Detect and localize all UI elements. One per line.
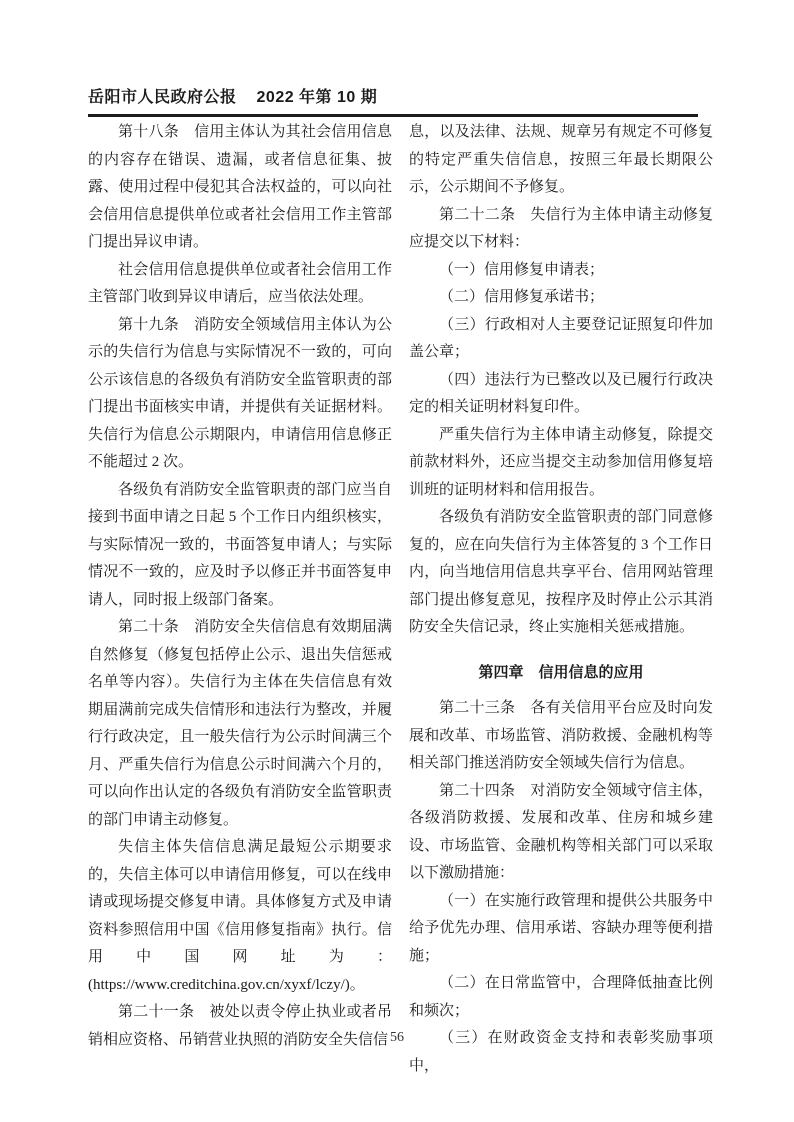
incentive-item-1: （一）在实施行政管理和提供公共服务中给予优先办理、信用承诺、容缺办理等便利措施； xyxy=(409,888,713,971)
right-column: 息，以及法律、法规、规章另有规定不可修复的特定严重失信信息，按照三年最长期限公示… xyxy=(409,119,713,1080)
dissent-handling-paragraph: 社会信用信息提供单位或者社会信用工作主管部门收到异议申请后，应当依法处理。 xyxy=(88,257,392,312)
article-22-paragraph: 第二十二条 失信行为主体申请主动修复应提交以下材料： xyxy=(409,202,713,257)
verification-procedure-paragraph: 各级负有消防安全监管职责的部门应当自接到书面申请之日起 5 个工作日内组织核实，… xyxy=(88,477,392,615)
gazette-title: 岳阳市人民政府公报 xyxy=(88,89,237,106)
article-18-paragraph: 第十八条 信用主体认为其社会信用信息的内容存在错误、遗漏，或者信息征集、披露、使… xyxy=(88,119,392,257)
page-header: 岳阳市人民政府公报2022 年第 10 期 xyxy=(88,84,698,117)
material-item-4: （四）违法行为已整改以及已履行行政决定的相关证明材料复印件。 xyxy=(409,367,713,422)
article-21-paragraph-continuation: 息，以及法律、法规、规章另有规定不可修复的特定严重失信信息，按照三年最长期限公示… xyxy=(409,119,713,202)
material-item-3: （三）行政相对人主要登记证照复印件加盖公章； xyxy=(409,312,713,367)
repair-approval-paragraph: 各级负有消防安全监管职责的部门同意修复的，应在向失信行为主体答复的 3 个工作日… xyxy=(409,504,713,642)
article-23-paragraph: 第二十三条 各有关信用平台应及时向发展和改革、市场监管、消防救援、金融机构等相关… xyxy=(409,695,713,778)
gazette-issue: 2022 年第 10 期 xyxy=(257,89,378,106)
article-19-paragraph: 第十九条 消防安全领域信用主体认为公示的失信行为信息与实际情况不一致的，可向公示… xyxy=(88,312,392,477)
gazette-page: 岳阳市人民政府公报2022 年第 10 期 第十八条 信用主体认为其社会信用信息… xyxy=(0,0,794,1122)
page-number: 56 xyxy=(0,1030,794,1046)
material-item-1: （一）信用修复申请表； xyxy=(409,257,713,285)
left-column: 第十八条 信用主体认为其社会信用信息的内容存在错误、遗漏，或者信息征集、披露、使… xyxy=(88,119,392,1054)
article-20-paragraph: 第二十条 消防安全失信信息有效期届满自然修复（修复包括停止公示、退出失信惩戒名单… xyxy=(88,614,392,834)
material-item-2: （二）信用修复承诺书； xyxy=(409,284,713,312)
credit-repair-application-paragraph: 失信主体失信信息满足最短公示期要求的，失信主体可以申请信用修复，可以在线申请或现… xyxy=(88,834,392,999)
severe-dishonesty-repair-paragraph: 严重失信行为主体申请主动修复，除提交前款材料外，还应当提交主动参加信用修复培训班… xyxy=(409,422,713,505)
incentive-item-2: （二）在日常监管中，合理降低抽查比例和频次； xyxy=(409,970,713,1025)
chapter-4-heading: 第四章 信用信息的应用 xyxy=(409,659,713,687)
article-24-paragraph: 第二十四条 对消防安全领域守信主体，各级消防救援、发展和改革、住房和城乡建设、市… xyxy=(409,778,713,888)
